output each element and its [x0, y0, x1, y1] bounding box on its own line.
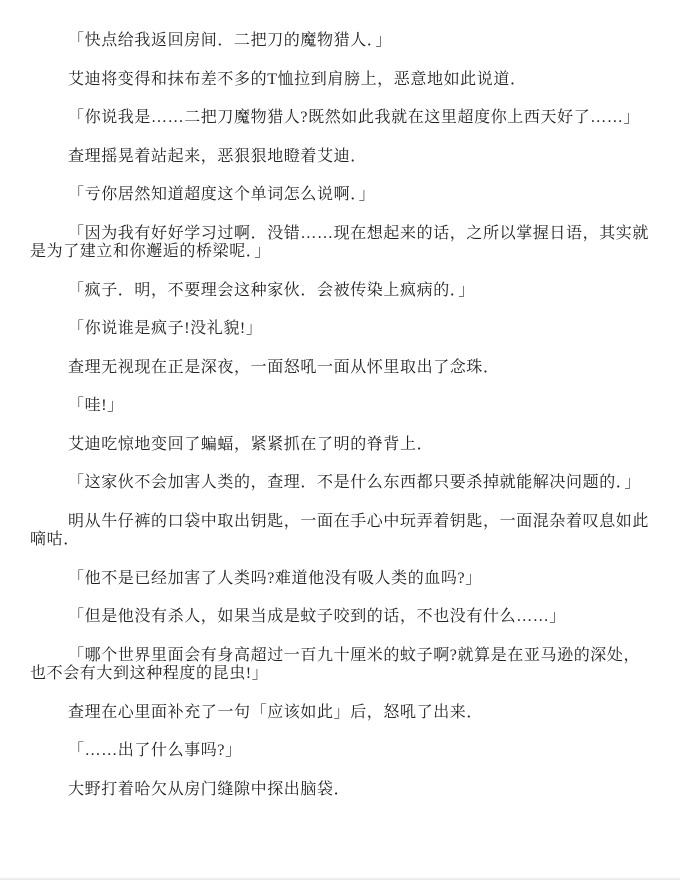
- paragraph: 明从牛仔裤的口袋中取出钥匙，一面在手心中玩弄着钥匙，一面混杂着叹息如此嘀咕．: [30, 513, 652, 550]
- paragraph: 「……出了什么事吗?」: [30, 742, 652, 761]
- paragraph: 「因为我有好好学习过啊．没错……现在想起来的话，之所以掌握日语，其实就是为了建立…: [30, 225, 652, 262]
- paragraph: 艾迪吃惊地变回了蝙蝠，紧紧抓在了明的脊背上．: [30, 436, 652, 455]
- paragraph: 「亏你居然知道超度这个单词怎么说啊．」: [30, 186, 652, 205]
- paragraph: 查理在心里面补充了一句「应该如此」后，怒吼了出来．: [30, 704, 652, 723]
- paragraph: 「哇!」: [30, 397, 652, 416]
- paragraph: 「他不是已经加害了人类吗?难道他没有吸人类的血吗?」: [30, 570, 652, 589]
- paragraph: 「你说谁是疯子!没礼貌!」: [30, 320, 652, 339]
- novel-page: 「快点给我返回房间．二把刀的魔物猎人．」艾迪将变得和抹布差不多的T恤拉到肩膀上，…: [0, 0, 680, 880]
- paragraph: 「这家伙不会加害人类的，查理．不是什么东西都只要杀掉就能解决问题的．」: [30, 474, 652, 493]
- paragraph: 「快点给我返回房间．二把刀的魔物猎人．」: [30, 32, 652, 51]
- paragraph: 「但是他没有杀人，如果当成是蚊子咬到的话，不也没有什么……」: [30, 608, 652, 627]
- text-body: 「快点给我返回房间．二把刀的魔物猎人．」艾迪将变得和抹布差不多的T恤拉到肩膀上，…: [30, 32, 652, 799]
- paragraph: 「你说我是……二把刀魔物猎人?既然如此我就在这里超度你上西天好了……」: [30, 109, 652, 128]
- paragraph: 查理摇晃着站起来，恶狠狠地瞪着艾迪．: [30, 148, 652, 167]
- paragraph: 「疯子．明，不要理会这种家伙．会被传染上疯病的．」: [30, 282, 652, 301]
- paragraph: 「哪个世界里面会有身高超过一百九十厘米的蚊子啊?就算是在亚马逊的深处，也不会有大…: [30, 647, 652, 684]
- paragraph: 大野打着哈欠从房门缝隙中探出脑袋．: [30, 781, 652, 800]
- paragraph: 艾迪将变得和抹布差不多的T恤拉到肩膀上，恶意地如此说道．: [30, 71, 652, 90]
- paragraph: 查理无视现在正是深夜，一面怒吼一面从怀里取出了念珠．: [30, 359, 652, 378]
